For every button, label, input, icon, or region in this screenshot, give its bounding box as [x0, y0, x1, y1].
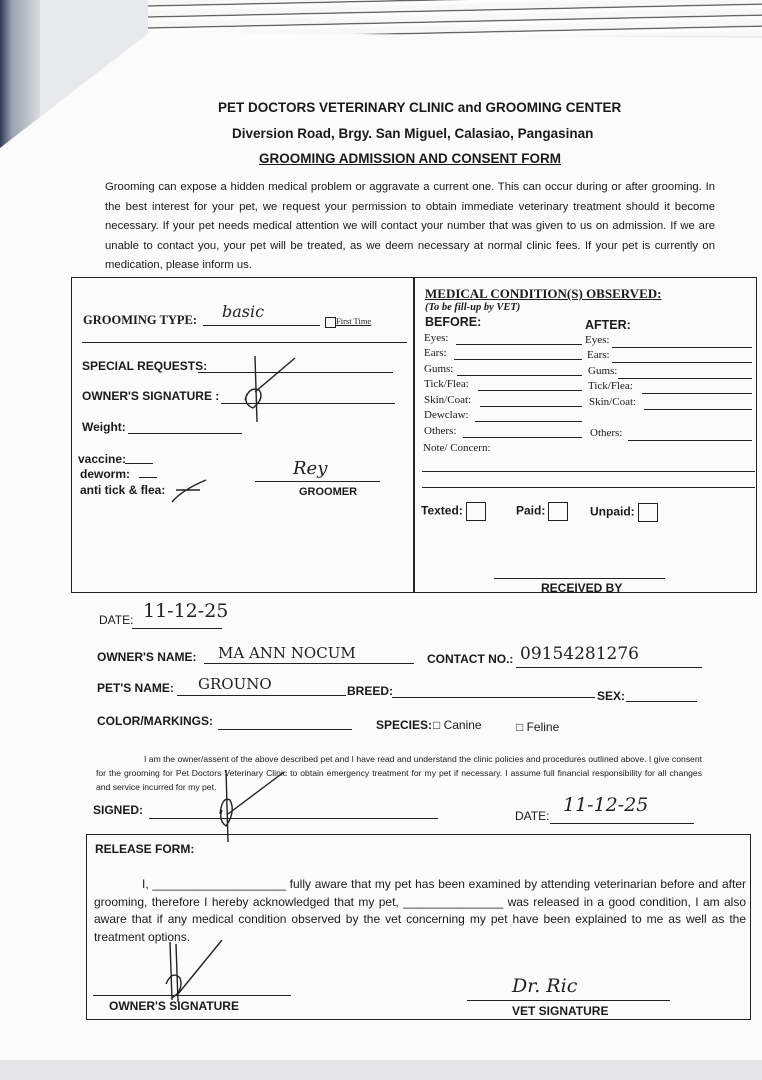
- clinic-name: PET DOCTORS VETERINARY CLINIC and GROOMI…: [218, 100, 621, 115]
- after-field-input[interactable]: [628, 440, 752, 441]
- column-divider: [413, 278, 415, 592]
- signed-date-label: DATE:: [515, 809, 549, 823]
- medical-subtitle: (To be fill-up by VET): [425, 302, 520, 313]
- deworm-field[interactable]: [139, 477, 157, 478]
- owner-name-label: OWNER'S NAME:: [97, 650, 197, 664]
- after-field-input[interactable]: [644, 409, 752, 410]
- texted-label: Texted:: [421, 504, 463, 518]
- anti-tick-check-mark: [170, 478, 210, 508]
- vaccine-label: vaccine:: [78, 452, 126, 466]
- species-canine-option[interactable]: □ Canine: [433, 718, 482, 732]
- grooming-type-extra-line: [82, 342, 407, 343]
- vet-signature-value: Dr. Ric: [512, 975, 577, 997]
- after-field-input[interactable]: [612, 347, 752, 348]
- release-paragraph: I, ____________________ fully aware that…: [94, 876, 746, 946]
- first-time-label: First Time: [336, 316, 371, 326]
- paid-option[interactable]: Paid:: [516, 502, 568, 521]
- after-field-input[interactable]: [612, 362, 752, 363]
- intro-paragraph: Grooming can expose a hidden medical pro…: [105, 178, 715, 276]
- after-field-label: Eyes:: [585, 334, 609, 346]
- breed-label: BREED:: [347, 684, 393, 698]
- signed-signature-mark: [212, 770, 292, 844]
- pet-name-field[interactable]: [177, 695, 346, 696]
- before-field-label: Others:: [424, 425, 456, 437]
- species-feline-option[interactable]: □ Feline: [516, 720, 559, 734]
- unpaid-checkbox[interactable]: [638, 503, 658, 522]
- medical-title: MEDICAL CONDITION(S) OBSERVED:: [425, 286, 661, 302]
- weight-field[interactable]: [128, 433, 242, 434]
- owner-signature-label: OWNER'S SIGNATURE :: [82, 389, 219, 403]
- form-title: GROOMING ADMISSION AND CONSENT FORM: [259, 151, 561, 166]
- before-field-input[interactable]: [475, 421, 582, 422]
- color-markings-label: COLOR/MARKINGS:: [97, 714, 213, 728]
- note-line-2[interactable]: [422, 487, 755, 488]
- contact-field[interactable]: [516, 667, 702, 668]
- texted-option[interactable]: Texted:: [421, 502, 486, 521]
- note-label: Note/ Concern:: [423, 442, 491, 454]
- stacked-pages: [148, 0, 762, 36]
- before-field-input[interactable]: [457, 375, 582, 376]
- unpaid-option[interactable]: Unpaid:: [590, 503, 658, 522]
- before-field-input[interactable]: [463, 437, 582, 438]
- date-value: 11-12-25: [143, 600, 228, 622]
- owner-name-field[interactable]: [204, 663, 414, 664]
- release-title: RELEASE FORM:: [95, 842, 194, 856]
- before-label: BEFORE:: [425, 315, 481, 329]
- paid-checkbox[interactable]: [548, 502, 568, 521]
- note-line-1[interactable]: [422, 471, 755, 472]
- vet-signature-label: VET SIGNATURE: [512, 1004, 608, 1018]
- grooming-type-value: basic: [222, 302, 264, 321]
- before-field-input[interactable]: [480, 406, 582, 407]
- date-label: DATE:: [99, 613, 133, 627]
- pet-name-value: GROUNO: [198, 675, 272, 693]
- vaccine-field[interactable]: [125, 463, 153, 464]
- anti-tick-flea-label: anti tick & flea:: [80, 483, 165, 497]
- signed-date-value: 11-12-25: [563, 794, 648, 816]
- after-field-input[interactable]: [642, 393, 752, 394]
- pet-name-label: PET'S NAME:: [97, 681, 174, 695]
- after-field-label: Gums:: [588, 365, 617, 377]
- before-field-input[interactable]: [454, 359, 582, 360]
- color-markings-field[interactable]: [218, 729, 352, 730]
- vet-signature-field[interactable]: [467, 1000, 670, 1001]
- before-field-input[interactable]: [456, 344, 582, 345]
- before-field-label: Tick/Flea:: [424, 378, 469, 390]
- grooming-type-field[interactable]: [203, 325, 320, 326]
- unpaid-label: Unpaid:: [590, 505, 635, 519]
- signed-label: SIGNED:: [93, 803, 143, 817]
- signed-date-field[interactable]: [550, 823, 694, 824]
- received-by-field[interactable]: [494, 578, 665, 579]
- consent-paragraph: I am the owner/assent of the above descr…: [96, 752, 702, 794]
- paid-label: Paid:: [516, 504, 545, 518]
- groomer-label: GROOMER: [299, 486, 357, 498]
- received-by-label: RECEIVED BY: [541, 581, 622, 595]
- contact-label: CONTACT NO.:: [427, 652, 513, 666]
- deworm-label: deworm:: [80, 467, 130, 481]
- after-field-label: Ears:: [587, 349, 610, 361]
- owner-name-value: MA ANN NOCUM: [218, 644, 356, 662]
- before-field-label: Gums:: [424, 363, 453, 375]
- clinic-address: Diversion Road, Brgy. San Miguel, Calasi…: [232, 126, 593, 141]
- species-label: SPECIES:: [376, 718, 432, 732]
- texted-checkbox[interactable]: [466, 502, 486, 521]
- weight-label: Weight:: [82, 420, 126, 434]
- after-field-label: Tick/Flea:: [588, 380, 633, 392]
- before-field-input[interactable]: [478, 390, 582, 391]
- first-time-option[interactable]: First Time: [325, 316, 371, 328]
- after-field-input[interactable]: [618, 378, 752, 379]
- grooming-type-label: GROOMING TYPE:: [83, 313, 197, 328]
- before-field-label: Ears:: [424, 347, 447, 359]
- release-owner-signature-label: OWNER'S SIGNATURE: [109, 999, 239, 1013]
- date-field[interactable]: [132, 628, 222, 629]
- contact-value: 09154281276: [520, 644, 639, 664]
- after-label: AFTER:: [585, 318, 631, 332]
- groomer-field[interactable]: [255, 481, 380, 482]
- breed-field[interactable]: [392, 697, 595, 698]
- owner-signature-mark: [235, 356, 305, 426]
- after-field-label: Skin/Coat:: [589, 396, 636, 408]
- special-requests-label: SPECIAL REQUESTS:: [82, 359, 207, 373]
- before-field-label: Eyes:: [424, 332, 448, 344]
- groomer-value: Rey: [293, 458, 327, 479]
- before-field-label: Skin/Coat:: [424, 394, 471, 406]
- sex-field[interactable]: [626, 701, 697, 702]
- after-field-label: Others:: [590, 427, 622, 439]
- first-time-checkbox[interactable]: [325, 317, 336, 328]
- sex-label: SEX:: [597, 689, 625, 703]
- paper-bottom-edge: [0, 1060, 762, 1080]
- before-field-label: Dewclaw:: [424, 409, 469, 421]
- signed-field[interactable]: [149, 818, 438, 819]
